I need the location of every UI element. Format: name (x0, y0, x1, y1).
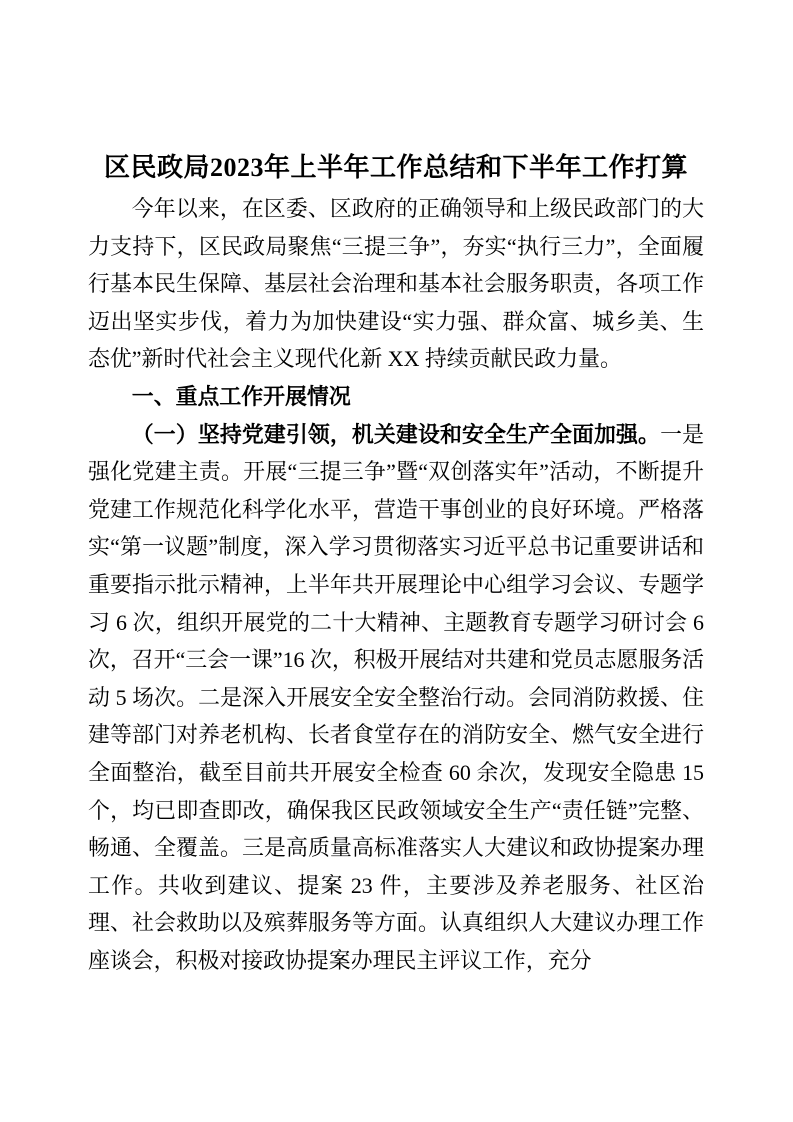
text-run: （一）坚持党建引领，机关建设和安全生产全面加强。 (132, 422, 660, 447)
text-run: 今年以来，在区委、区政府的正确领导和上级民政部门的大力支持下，区民政局聚焦“三提… (88, 196, 704, 371)
document-page: 区民政局2023年上半年工作总结和下半年工作打算 今年以来，在区委、区政府的正确… (0, 0, 793, 1122)
document-body: 今年以来，在区委、区政府的正确领导和上级民政部门的大力支持下，区民政局聚焦“三提… (88, 190, 704, 979)
text-run: 一、重点工作开展情况 (132, 384, 351, 409)
paragraph: 今年以来，在区委、区政府的正确领导和上级民政部门的大力支持下，区民政局聚焦“三提… (88, 190, 704, 378)
paragraph: （一）坚持党建引领，机关建设和安全生产全面加强。一是强化党建主责。开展“三提三争… (88, 416, 704, 980)
document-title: 区民政局2023年上半年工作总结和下半年工作打算 (88, 146, 704, 190)
text-run: 一是强化党建主责。开展“三提三争”暨“双创落实年”活动，不断提升党建工作规范化科… (88, 422, 704, 973)
section-heading: 一、重点工作开展情况 (88, 378, 704, 416)
